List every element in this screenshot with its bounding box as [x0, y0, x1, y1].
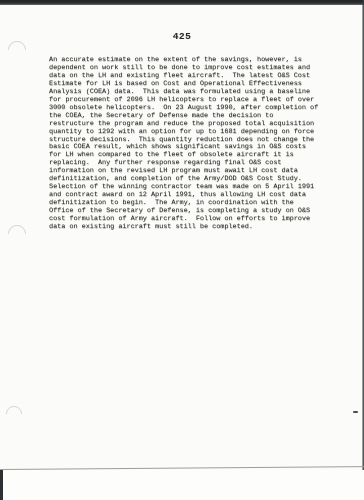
page-number: 425	[0, 31, 364, 42]
scan-artifact-speck	[353, 411, 358, 413]
hole-punch-bottom	[3, 403, 26, 426]
document-body-text: An accurate estimate on the extent of th…	[49, 57, 329, 232]
scanned-document-page: 425 An accurate estimate on the extent o…	[0, 0, 364, 500]
scan-top-edge	[0, 0, 364, 5]
scan-bottom-left-edge	[0, 470, 3, 500]
scan-background-below-paper	[0, 470, 364, 500]
hole-punch-middle	[4, 221, 29, 246]
